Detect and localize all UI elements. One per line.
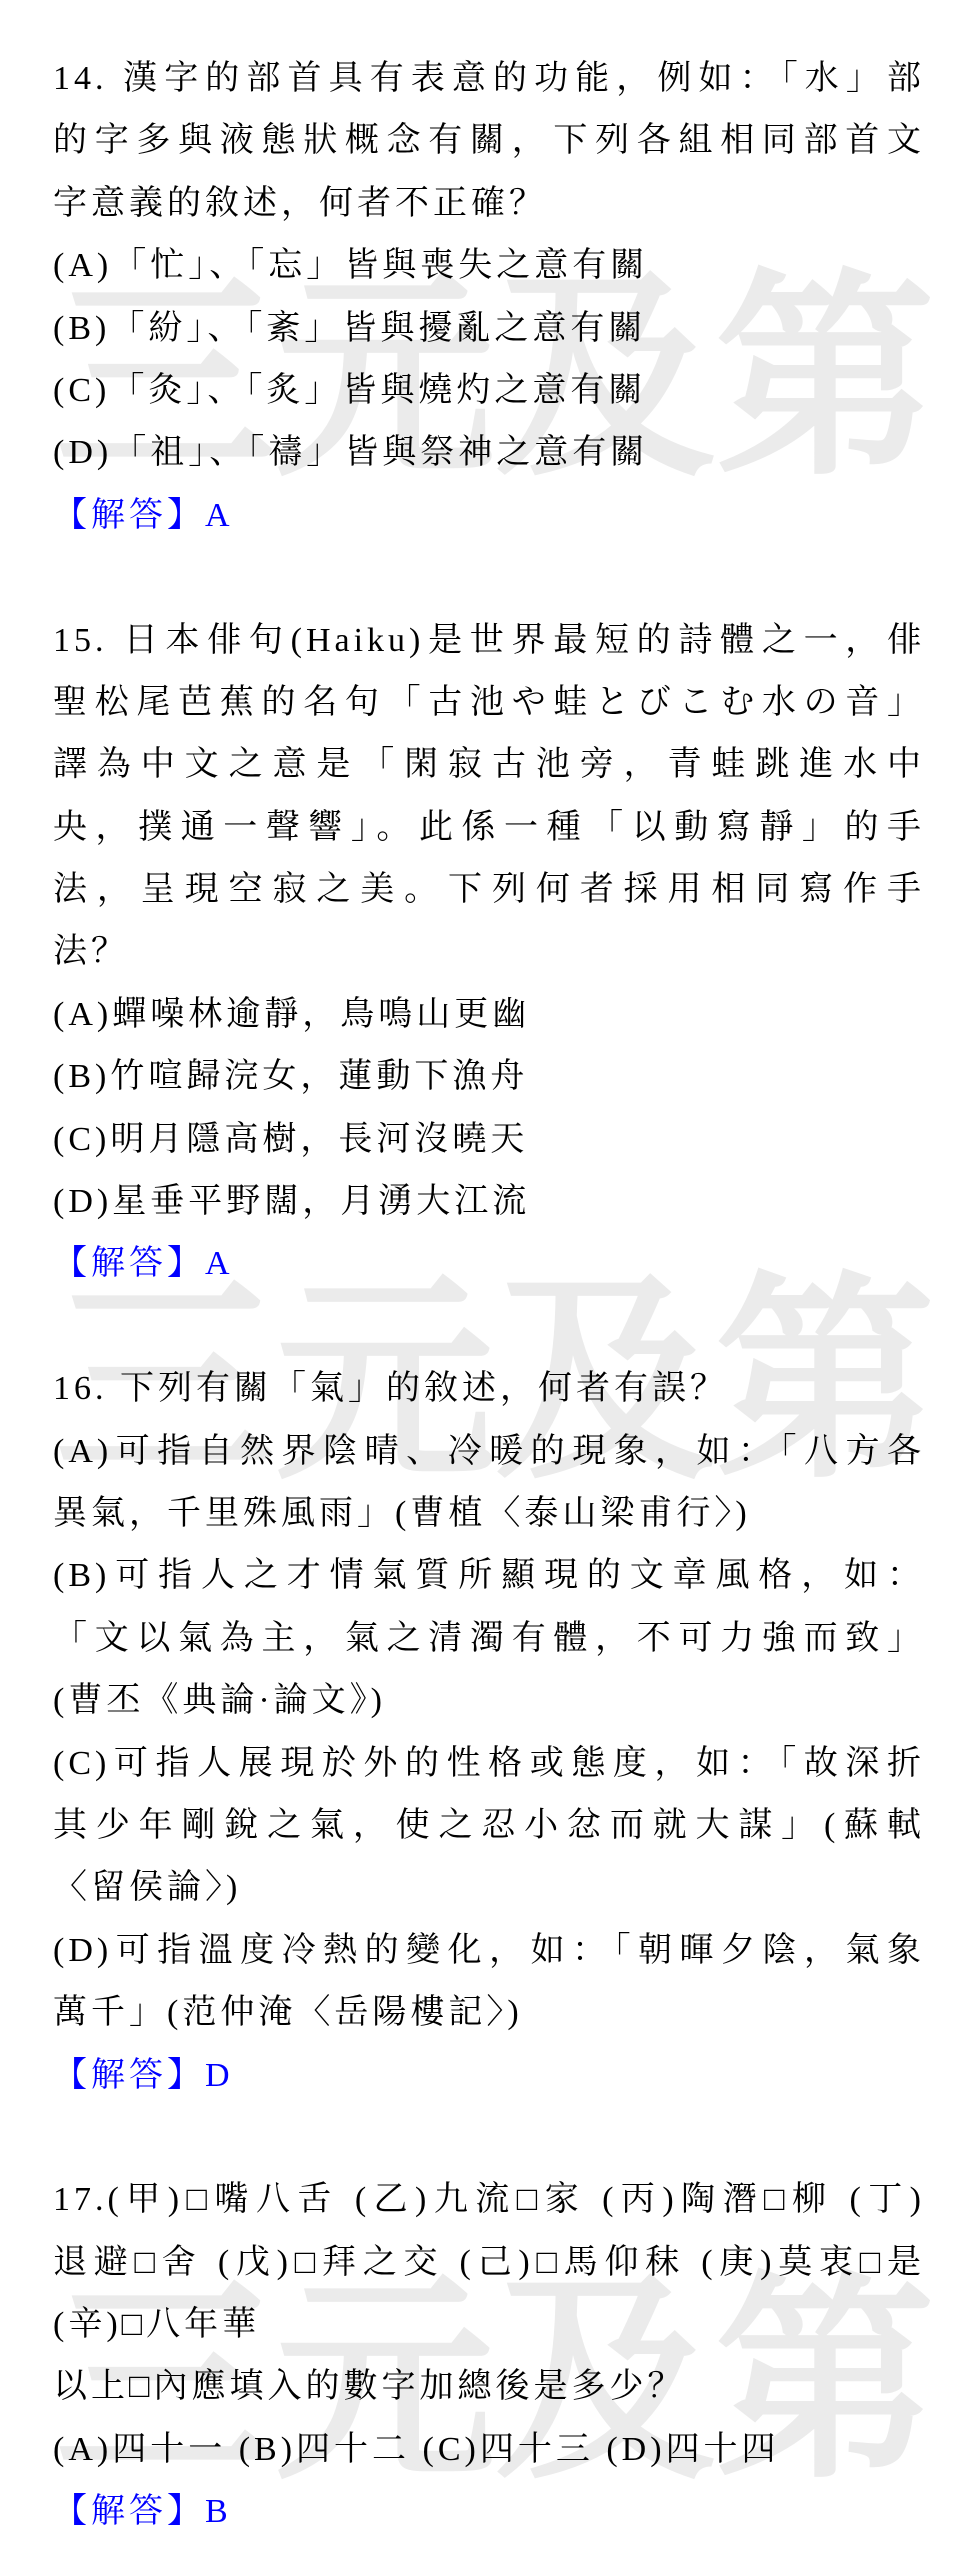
option-text: 四十一 xyxy=(112,2431,226,2468)
option-text: 「灸」、「炙」皆與燒灼之意有關 xyxy=(110,372,646,409)
option-c-continued: 〈留侯論〉) xyxy=(53,1857,925,1919)
option-b-continued: (曹丕《典論·論文》) xyxy=(53,1670,925,1732)
option-c: (C)明月隱高樹，長河沒曉天 xyxy=(53,1109,925,1171)
option-text: 四十三 xyxy=(480,2431,594,2468)
question-stem-line: 譯為中文之意是「閑寂古池旁，青蛙跳進水中 xyxy=(53,734,925,796)
question-number: 14. xyxy=(53,60,108,97)
option-label: (C) xyxy=(53,1745,110,1782)
stem-text: 漢字的部首具有表意的功能，例如：「水」部 xyxy=(123,60,925,97)
question-stem-line: 15. 日本俳句(Haiku)是世界最短的詩體之一，俳 xyxy=(53,610,925,672)
question-stem-line: 的字多與液態狀概念有關，下列各組相同部首文 xyxy=(53,110,925,172)
option-text: 「忙」、「忘」皆與喪失之意有關 xyxy=(112,247,648,284)
option-d: (D)星垂平野闊，月湧大江流 xyxy=(53,1171,925,1233)
question-stem-line: 聖松尾芭蕉的名句「古池や蛙とびこむ水の音」 xyxy=(53,672,925,734)
option-label: (C) xyxy=(53,372,110,409)
option-label: (B) xyxy=(53,310,110,347)
option-b-continued: 「文以氣為主，氣之清濁有體，不可力強而致」 xyxy=(53,1608,925,1670)
option-c: (C)可指人展現於外的性格或態度，如：「故深折 xyxy=(53,1733,925,1795)
option-text: 「紛」、「紊」皆與擾亂之意有關 xyxy=(110,310,646,347)
option-b: (B)四十二 xyxy=(239,2431,410,2468)
answer-label: 【解答】 xyxy=(53,2493,205,2530)
answer-value: A xyxy=(205,1245,234,1282)
question-stem-line: 央，撲通一聲響」。此係一種「以動寫靜」的手 xyxy=(53,797,925,859)
document-page: 14. 漢字的部首具有表意的功能，例如：「水」部 的字多與液態狀概念有關，下列各… xyxy=(53,48,925,2544)
stem-text: 日本俳句(Haiku)是世界最短的詩體之一，俳 xyxy=(124,622,925,659)
option-text: 明月隱高樹，長河沒曉天 xyxy=(110,1121,528,1158)
option-text: 蟬噪林逾靜，鳥鳴山更幽 xyxy=(112,996,530,1033)
question-stem-line: 退避□舍 (戊)□拜之交 (己)□馬仰秣 (庚)莫衷□是 xyxy=(53,2232,925,2294)
option-label: (D) xyxy=(53,1183,112,1220)
option-a: (A)「忙」、「忘」皆與喪失之意有關 xyxy=(53,235,925,297)
option-label: (B) xyxy=(53,1058,110,1095)
answer-line: 【解答】D xyxy=(53,2045,925,2107)
option-a-continued: 異氣，千里殊風雨」(曹植〈泰山梁甫行〉) xyxy=(53,1483,925,1545)
question-stem-line: 字意義的敘述，何者不正確？ xyxy=(53,173,925,235)
stem-text: 下列有關「氣」的敘述，何者有誤？ xyxy=(120,1370,728,1407)
option-label: (B) xyxy=(239,2431,296,2468)
option-text: 可指人展現於外的性格或態度，如：「故深折 xyxy=(110,1745,925,1782)
question-stem-line: (辛)□八年華 xyxy=(53,2294,925,2356)
option-text: 可指人之才情氣質所顯現的文章風格，如： xyxy=(110,1557,925,1594)
option-text: 「祖」、「禱」皆與祭神之意有關 xyxy=(112,434,648,471)
option-d: (D)「祖」、「禱」皆與祭神之意有關 xyxy=(53,422,925,484)
option-text: 四十二 xyxy=(296,2431,410,2468)
option-a: (A)蟬噪林逾靜，鳥鳴山更幽 xyxy=(53,984,925,1046)
option-label: (D) xyxy=(53,434,112,471)
answer-label: 【解答】 xyxy=(53,2057,205,2094)
option-c: (C)「灸」、「炙」皆與燒灼之意有關 xyxy=(53,360,925,422)
option-text: 四十四 xyxy=(666,2431,780,2468)
question-stem-line: 法，呈現空寂之美。下列何者採用相同寫作手 xyxy=(53,859,925,921)
option-a: (A)可指自然界陰晴、冷暖的現象，如：「八方各 xyxy=(53,1421,925,1483)
answer-value: A xyxy=(205,497,234,534)
question-number: 17. xyxy=(53,2181,108,2218)
option-label: (D) xyxy=(53,1932,112,1969)
option-text: 星垂平野闊，月湧大江流 xyxy=(112,1183,530,1220)
question-17: 17.(甲)□嘴八舌 (乙)九流□家 (丙)陶潛□柳 (丁) 退避□舍 (戊)□… xyxy=(53,2169,925,2543)
question-stem-line: 以上□內應填入的數字加總後是多少？ xyxy=(53,2356,925,2418)
question-number: 15. xyxy=(53,622,108,659)
option-label: (A) xyxy=(53,247,112,284)
option-text: 可指溫度冷熱的變化，如：「朝暉夕陰，氣象 xyxy=(112,1932,925,1969)
option-b: (B)可指人之才情氣質所顯現的文章風格，如： xyxy=(53,1545,925,1607)
option-b: (B)「紛」、「紊」皆與擾亂之意有關 xyxy=(53,298,925,360)
option-d-continued: 萬千」(范仲淹〈岳陽樓記〉) xyxy=(53,1982,925,2044)
question-stem-line: 16. 下列有關「氣」的敘述，何者有誤？ xyxy=(53,1358,925,1420)
answer-value: B xyxy=(205,2493,232,2530)
answer-value: D xyxy=(205,2057,234,2094)
question-stem-line: 法？ xyxy=(53,921,925,983)
option-c: (C)四十三 xyxy=(423,2431,594,2468)
question-15: 15. 日本俳句(Haiku)是世界最短的詩體之一，俳 聖松尾芭蕉的名句「古池や… xyxy=(53,610,925,1296)
question-stem-line: 17.(甲)□嘴八舌 (乙)九流□家 (丙)陶潛□柳 (丁) xyxy=(53,2169,925,2231)
answer-line: 【解答】B xyxy=(53,2481,925,2543)
question-stem-line: 14. 漢字的部首具有表意的功能，例如：「水」部 xyxy=(53,48,925,110)
option-label: (A) xyxy=(53,2431,112,2468)
question-number: 16. xyxy=(53,1370,108,1407)
stem-text: (甲)□嘴八舌 (乙)九流□家 (丙)陶潛□柳 (丁) xyxy=(108,2181,926,2218)
question-16: 16. 下列有關「氣」的敘述，何者有誤？ (A)可指自然界陰晴、冷暖的現象，如：… xyxy=(53,1358,925,2107)
question-14: 14. 漢字的部首具有表意的功能，例如：「水」部 的字多與液態狀概念有關，下列各… xyxy=(53,48,925,547)
answer-label: 【解答】 xyxy=(53,1245,205,1282)
option-label: (C) xyxy=(53,1121,110,1158)
option-d: (D)可指溫度冷熱的變化，如：「朝暉夕陰，氣象 xyxy=(53,1920,925,1982)
option-label: (D) xyxy=(606,2431,665,2468)
option-text: 竹喧歸浣女，蓮動下漁舟 xyxy=(110,1058,528,1095)
option-b: (B)竹喧歸浣女，蓮動下漁舟 xyxy=(53,1046,925,1108)
option-label: (C) xyxy=(423,2431,480,2468)
option-a: (A)四十一 xyxy=(53,2431,226,2468)
answer-line: 【解答】A xyxy=(53,485,925,547)
answer-label: 【解答】 xyxy=(53,497,205,534)
option-d: (D)四十四 xyxy=(606,2431,779,2468)
option-label: (A) xyxy=(53,1433,112,1470)
options-row: (A)四十一 (B)四十二 (C)四十三 (D)四十四 xyxy=(53,2419,925,2481)
answer-line: 【解答】A xyxy=(53,1233,925,1295)
option-c-continued: 其少年剛銳之氣，使之忍小忿而就大謀」(蘇軾 xyxy=(53,1795,925,1857)
option-text: 可指自然界陰晴、冷暖的現象，如：「八方各 xyxy=(112,1433,925,1470)
option-label: (A) xyxy=(53,996,112,1033)
option-label: (B) xyxy=(53,1557,110,1594)
